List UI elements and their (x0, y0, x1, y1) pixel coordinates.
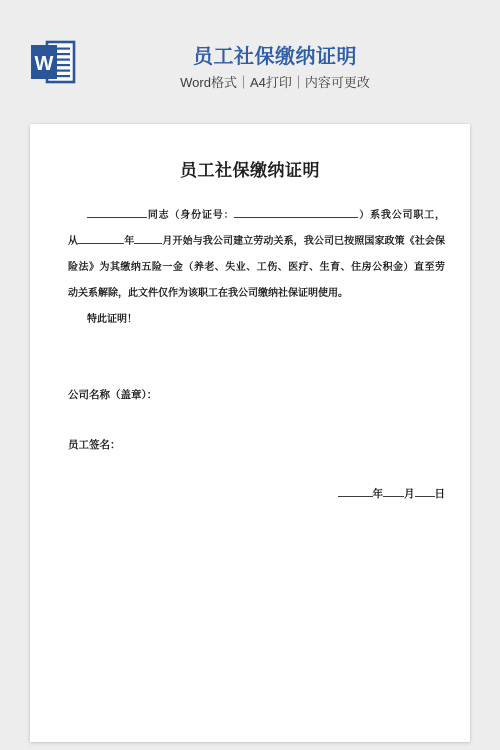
date-line: 年月日 (68, 486, 445, 502)
document-body-line: 从年月开始与我公司建立劳动关系，我公司已按照国家政策《社会保 (68, 229, 445, 255)
blank-underline (234, 208, 358, 218)
document-body-line: 同志（身份证号：）系我公司职工， (68, 203, 445, 229)
text-run: 年 (373, 488, 384, 500)
text-run: 月 (404, 488, 415, 500)
text-run: 月开始与我公司建立劳动关系，我公司已按照国家政策《社会保 (162, 236, 445, 247)
page-subtitle: Word格式｜A4打印｜内容可更改 (75, 75, 475, 91)
text-run: 从 (68, 236, 78, 247)
blank-underline (78, 234, 124, 244)
text-run: 动关系解除，此文件仅作为该职工在我公司缴纳社保证明使用。 (68, 288, 348, 299)
blank-underline (87, 208, 147, 218)
document-body-line: 动关系解除，此文件仅作为该职工在我公司缴纳社保证明使用。 (68, 281, 445, 307)
blank-underline (134, 234, 162, 244)
document-body-line: 特此证明！ (68, 307, 445, 333)
text-run: 险法》为其缴纳五险一金（养老、失业、工伤、医疗、生育、住房公积金）直至劳 (68, 262, 445, 273)
blank-underline (415, 487, 435, 497)
employee-signature-label: 员工签名： (68, 437, 445, 453)
company-name-label: 公司名称（盖章）： (68, 387, 445, 403)
page-title: 员工社保缴纳证明 (75, 45, 475, 70)
document-body: 同志（身份证号：）系我公司职工，从年月开始与我公司建立劳动关系，我公司已按照国家… (68, 203, 445, 333)
blank-underline (338, 487, 373, 497)
header-text: 员工社保缴纳证明 Word格式｜A4打印｜内容可更改 (75, 45, 475, 91)
text-run: 特此证明！ (87, 314, 137, 325)
text-run: 日 (435, 488, 446, 500)
text-run: 年 (124, 236, 134, 247)
word-icon: W (30, 39, 76, 85)
document-title: 员工社保缴纳证明 (30, 160, 470, 182)
text-run: 同志（身份证号： (147, 210, 234, 221)
document-page: 员工社保缴纳证明 同志（身份证号：）系我公司职工，从年月开始与我公司建立劳动关系… (30, 124, 470, 742)
header: W 员工社保缴纳证明 Word格式｜A4打印｜内容可更改 (0, 0, 500, 124)
text-run: ）系我公司职工， (358, 210, 445, 221)
blank-underline (383, 487, 404, 497)
template-preview: W 员工社保缴纳证明 Word格式｜A4打印｜内容可更改 员工社保缴纳证明 同志… (0, 0, 500, 742)
svg-text:W: W (35, 53, 54, 75)
document-body-line: 险法》为其缴纳五险一金（养老、失业、工伤、医疗、生育、住房公积金）直至劳 (68, 255, 445, 281)
